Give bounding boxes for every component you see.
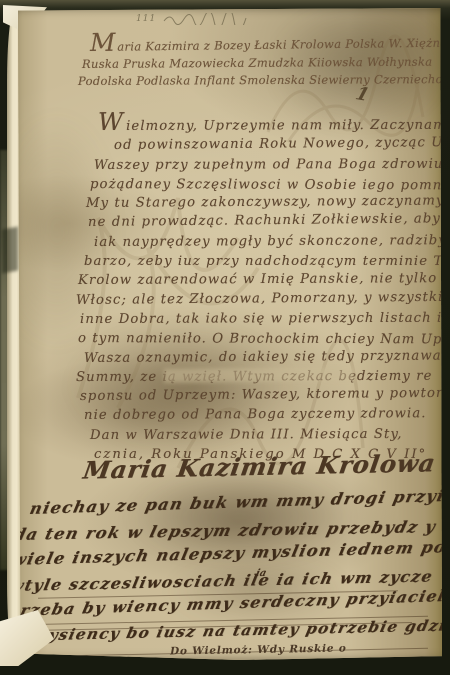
pencil-annotation: 111 bbox=[136, 13, 248, 25]
body-line: inne Dobra, tak iako się w pierwszych li… bbox=[80, 309, 440, 330]
faded-ink-smudge bbox=[164, 367, 354, 383]
body-line: iak nayprędzey mogły być skonczone, radz… bbox=[94, 231, 440, 252]
body-line: Wasza oznaymic, do iakiey się tedy przyz… bbox=[84, 346, 440, 368]
body-line: Waszey przy zupełnym od Pana Boga zdrowi… bbox=[94, 154, 440, 175]
letter-heading: Maria Kazimira z Bozey Łaski Krolowa Pol… bbox=[70, 34, 450, 90]
body-line: sponsu od Uprzeym: Waszey, ktoremu y pow… bbox=[80, 384, 440, 406]
manuscript-page: 111 1 Maria Kazimira z Bozey Łaski Krolo… bbox=[18, 8, 442, 660]
pencil-note-number: 111 bbox=[136, 14, 156, 24]
heading-line: Ruska Pruska Mazowiecka Zmudzka Kiiowska… bbox=[82, 53, 450, 73]
pencil-scribble-icon bbox=[162, 13, 248, 25]
royal-signature: Maria Kazimira Krolowa bbox=[81, 448, 438, 484]
heading-line: Maria Kazimira z Bozey Łaski Krolowa Pol… bbox=[90, 30, 450, 56]
photo-backdrop: 111 1 Maria Kazimira z Bozey Łaski Krolo… bbox=[0, 0, 450, 675]
body-line: Wielmozny, Uprzeymie nam miły. Zaczynamy bbox=[98, 111, 440, 136]
body-line: Dan w Warszawie Dnia III. Miesiąca Sty, bbox=[90, 425, 440, 446]
body-line: Włosc; ale tez Złoczowa, Pomorzany, y ws… bbox=[76, 287, 440, 309]
body-line: od powinszowania Roku Nowego, zycząc Upr… bbox=[114, 133, 440, 155]
body-line: nie dobrego od Pana Boga zyczemy zdrowia… bbox=[84, 405, 440, 426]
letter-body: Wielmozny, Uprzeymie nam miły. Zaczynamy… bbox=[88, 112, 440, 464]
address-line: Do Wielmoż: Wdy Ruskie o bbox=[170, 642, 347, 657]
page-edge-gap bbox=[2, 227, 18, 274]
heading-line: Podolska Podlaska Inflant Smolenska Siew… bbox=[78, 71, 450, 90]
body-line: ne dni prowadząc. Rachunki Zołkiewskie, … bbox=[88, 210, 440, 233]
